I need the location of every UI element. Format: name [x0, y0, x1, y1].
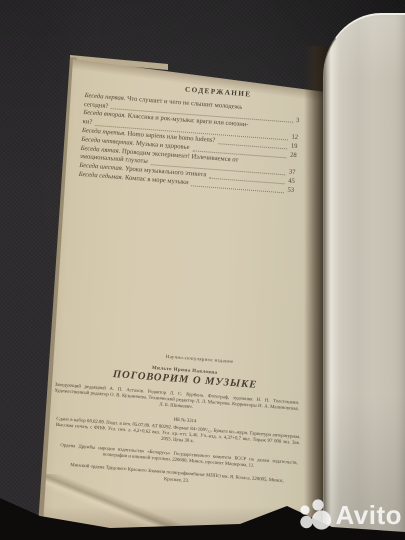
toc-page-number: 28: [290, 151, 297, 160]
toc-page-number: 53: [287, 187, 294, 196]
toc-dot-leader: [191, 185, 284, 193]
table-of-contents: СОДЕРЖАНИЕ Беседа первая. Что слушает и …: [78, 78, 301, 196]
book-left-page: СОДЕРЖАНИЕ Беседа первая. Что слушает и …: [40, 56, 335, 540]
avito-logo-icon: [297, 497, 333, 533]
curled-right-page: [323, 13, 405, 540]
book-photo: СОДЕРЖАНИЕ Беседа первая. Что слушает и …: [0, 0, 405, 540]
colophon: Научно-популярное издание Мильто Ирина П…: [48, 347, 302, 493]
avito-watermark: Avito: [297, 497, 402, 533]
avito-wordmark: Avito: [335, 502, 402, 528]
toc-entries: Беседа первая. Что слушает и чего не слы…: [78, 92, 300, 196]
toc-page-number: 3: [296, 117, 300, 126]
